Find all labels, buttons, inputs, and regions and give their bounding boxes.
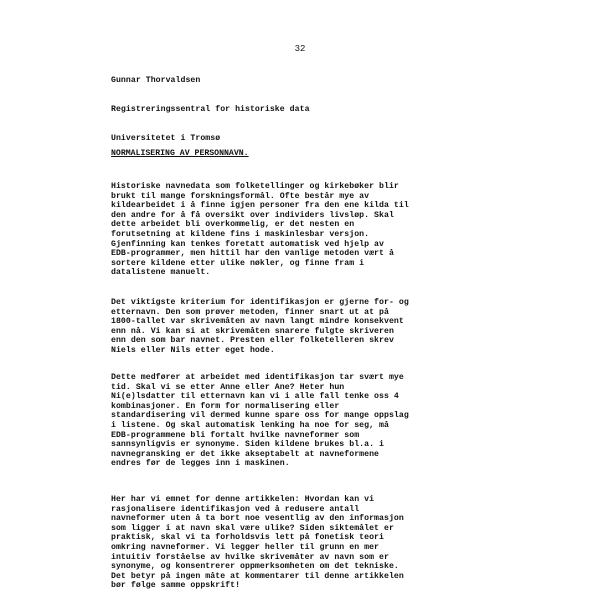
- text-line: Det betyr på ingen måte at kommentarer t…: [111, 572, 404, 582]
- text-line: navneformer uten å ta bort noe vesentlig…: [111, 514, 404, 524]
- text-line: bør følge samme oppskrift!: [111, 581, 404, 591]
- author-institution: Registreringssentral for historiske data: [111, 105, 310, 115]
- text-line: Det viktigste kriterium for identifikasj…: [111, 298, 409, 308]
- text-line: rasjonalisere identifikasjon ved å redus…: [111, 505, 404, 515]
- text-line: enn den som bar navnet. Presten eller fo…: [111, 336, 409, 346]
- paragraph-1: Historiske navnedata som folketellinger …: [111, 182, 409, 278]
- text-line: intuitiv forståelse av hvilke skrivemåte…: [111, 553, 404, 563]
- text-line: forutsetning at kildene fins i maskinles…: [111, 230, 409, 240]
- text-line: sortere kildene etter ulike nøkler, og f…: [111, 259, 409, 269]
- text-line: som ligger i at navn skal være ulike? Si…: [111, 524, 404, 534]
- text-line: Her har vi emnet for denne artikkelen: H…: [111, 495, 404, 505]
- text-line: i listene. Og skal automatisk lenking ha…: [111, 421, 409, 431]
- text-line: Ni(e)lsdatter til etternavn kan vi i all…: [111, 392, 409, 402]
- author-block: Gunnar Thorvaldsen Registreringssentral …: [111, 57, 310, 153]
- text-line: Gjenfinning kan tenkes foretatt automati…: [111, 240, 409, 250]
- text-line: tid. Skal vi se etter Anne eller Ane? He…: [111, 383, 409, 393]
- author-name: Gunnar Thorvaldsen: [111, 76, 310, 86]
- text-line: omkring navneformer. Vi legger heller ti…: [111, 543, 404, 553]
- text-line: kombinasjoner. En form for normalisering…: [111, 402, 409, 412]
- text-line: synonyme, og konsentrerer oppmerksomhete…: [111, 562, 404, 572]
- text-line: den andre for å få oversikt over individ…: [111, 211, 409, 221]
- text-line: Historiske navnedata som folketellinger …: [111, 182, 409, 192]
- paragraph-2: Det viktigste kriterium for identifikasj…: [111, 298, 409, 356]
- text-line: EDB-programmene bli fortalt hvilke navne…: [111, 431, 409, 441]
- text-line: dette arbeidet bli overkommelig, er det …: [111, 220, 409, 230]
- paragraph-3: Dette medfører at arbeidet med identifik…: [111, 373, 409, 469]
- text-line: praktisk, skal vi ta forholdsvis lett på…: [111, 533, 404, 543]
- text-line: endres før de legges inn i maskinen.: [111, 459, 409, 469]
- text-line: navnegransking er det ikke akseptabelt a…: [111, 450, 409, 460]
- text-line: standardisering vil dermed kunne spare o…: [111, 411, 409, 421]
- text-line: enn nå. Vi kan si at skrivemåten snarere…: [111, 327, 409, 337]
- text-line: 1800-tallet var skrivemåten av navn lang…: [111, 317, 409, 327]
- paragraph-4: Her har vi emnet for denne artikkelen: H…: [111, 495, 404, 591]
- text-line: EDB-programmer, men hittil har den vanli…: [111, 249, 409, 259]
- section-heading: NORMALISERING AV PERSONNAVN.: [111, 149, 249, 158]
- text-line: datalistene manuelt.: [111, 268, 409, 278]
- text-line: Niels eller Nils etter eget hode.: [111, 346, 409, 356]
- text-line: brukt til mange forskningsformål. Ofte b…: [111, 192, 409, 202]
- text-line: sannsynligvis er synonyme. Siden kildene…: [111, 440, 409, 450]
- text-line: Dette medfører at arbeidet med identifik…: [111, 373, 409, 383]
- author-university: Universitetet i Tromsø: [111, 134, 310, 144]
- text-line: etternavn. Den som prøver metoden, finne…: [111, 308, 409, 318]
- text-line: kildearbeidet i å finne igjen personer f…: [111, 201, 409, 211]
- page-number: 32: [0, 44, 600, 54]
